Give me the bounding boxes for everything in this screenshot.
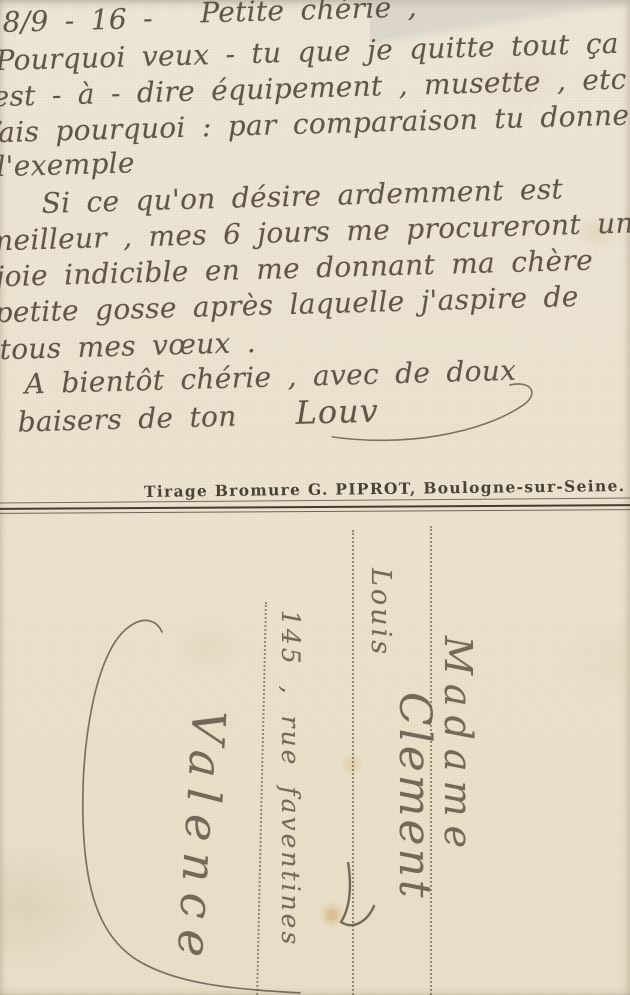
message-line: tous mes vœux . [0,326,256,366]
salutation: Petite chérie , [200,0,417,29]
address-title: Madame [436,636,480,857]
postcard-content: 18/9 - 16 - Petite chérie , Pourquoi veu… [0,0,630,995]
address-name-last: Clement [389,692,440,901]
divider-line-under [0,509,630,514]
date: 18/9 - 16 - [0,2,153,40]
address-name-first: Louis [365,568,396,657]
name-underline-flourish [332,862,380,932]
postcard-scan: 18/9 - 16 - Petite chérie , Pourquoi veu… [0,0,630,995]
message-line: l'exemple [0,146,135,183]
message-line: baisers de ton [17,400,237,439]
pen-flourish-arc [58,588,318,995]
message-side: 18/9 - 16 - Petite chérie , Pourquoi veu… [0,0,630,474]
signature-flourish [278,367,560,460]
